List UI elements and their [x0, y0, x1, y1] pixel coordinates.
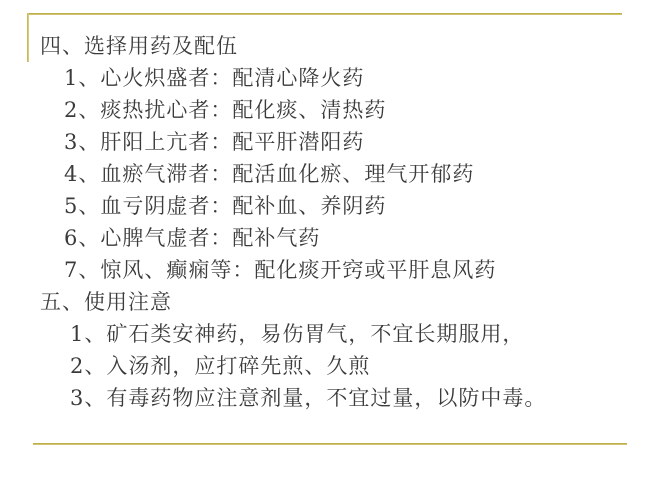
top-accent-rule	[27, 13, 622, 15]
list-item: 3、肝阳上亢者：配平肝潜阳药	[0, 126, 660, 158]
slide-body-text: 四、选择用药及配伍 1、心火炽盛者：配清心降火药 2、痰热扰心者：配化痰、清热药…	[0, 30, 660, 414]
list-item: 2、痰热扰心者：配化痰、清热药	[0, 94, 660, 126]
list-item: 2、入汤剂，应打碎先煎、久煎	[0, 350, 660, 382]
list-item: 1、矿石类安神药，易伤胃气，不宜长期服用，	[0, 318, 660, 350]
section-usage-precautions: 五、使用注意 1、矿石类安神药，易伤胃气，不宜长期服用， 2、入汤剂，应打碎先煎…	[0, 286, 660, 414]
section-heading: 五、使用注意	[0, 286, 660, 318]
list-item: 7、惊风、癫痫等：配化痰开窍或平肝息风药	[0, 254, 660, 286]
bottom-accent-rule	[33, 443, 627, 445]
list-item: 1、心火炽盛者：配清心降火药	[0, 62, 660, 94]
list-item: 4、血瘀气滞者：配活血化瘀、理气开郁药	[0, 158, 660, 190]
presentation-slide: 四、选择用药及配伍 1、心火炽盛者：配清心降火药 2、痰热扰心者：配化痰、清热药…	[0, 0, 660, 495]
section-medication-selection: 四、选择用药及配伍 1、心火炽盛者：配清心降火药 2、痰热扰心者：配化痰、清热药…	[0, 30, 660, 286]
list-item: 3、有毒药物应注意剂量，不宜过量，以防中毒。	[0, 382, 660, 414]
section-heading: 四、选择用药及配伍	[0, 30, 660, 62]
list-item: 6、心脾气虚者：配补气药	[0, 222, 660, 254]
list-item: 5、血亏阴虚者：配补血、养阴药	[0, 190, 660, 222]
